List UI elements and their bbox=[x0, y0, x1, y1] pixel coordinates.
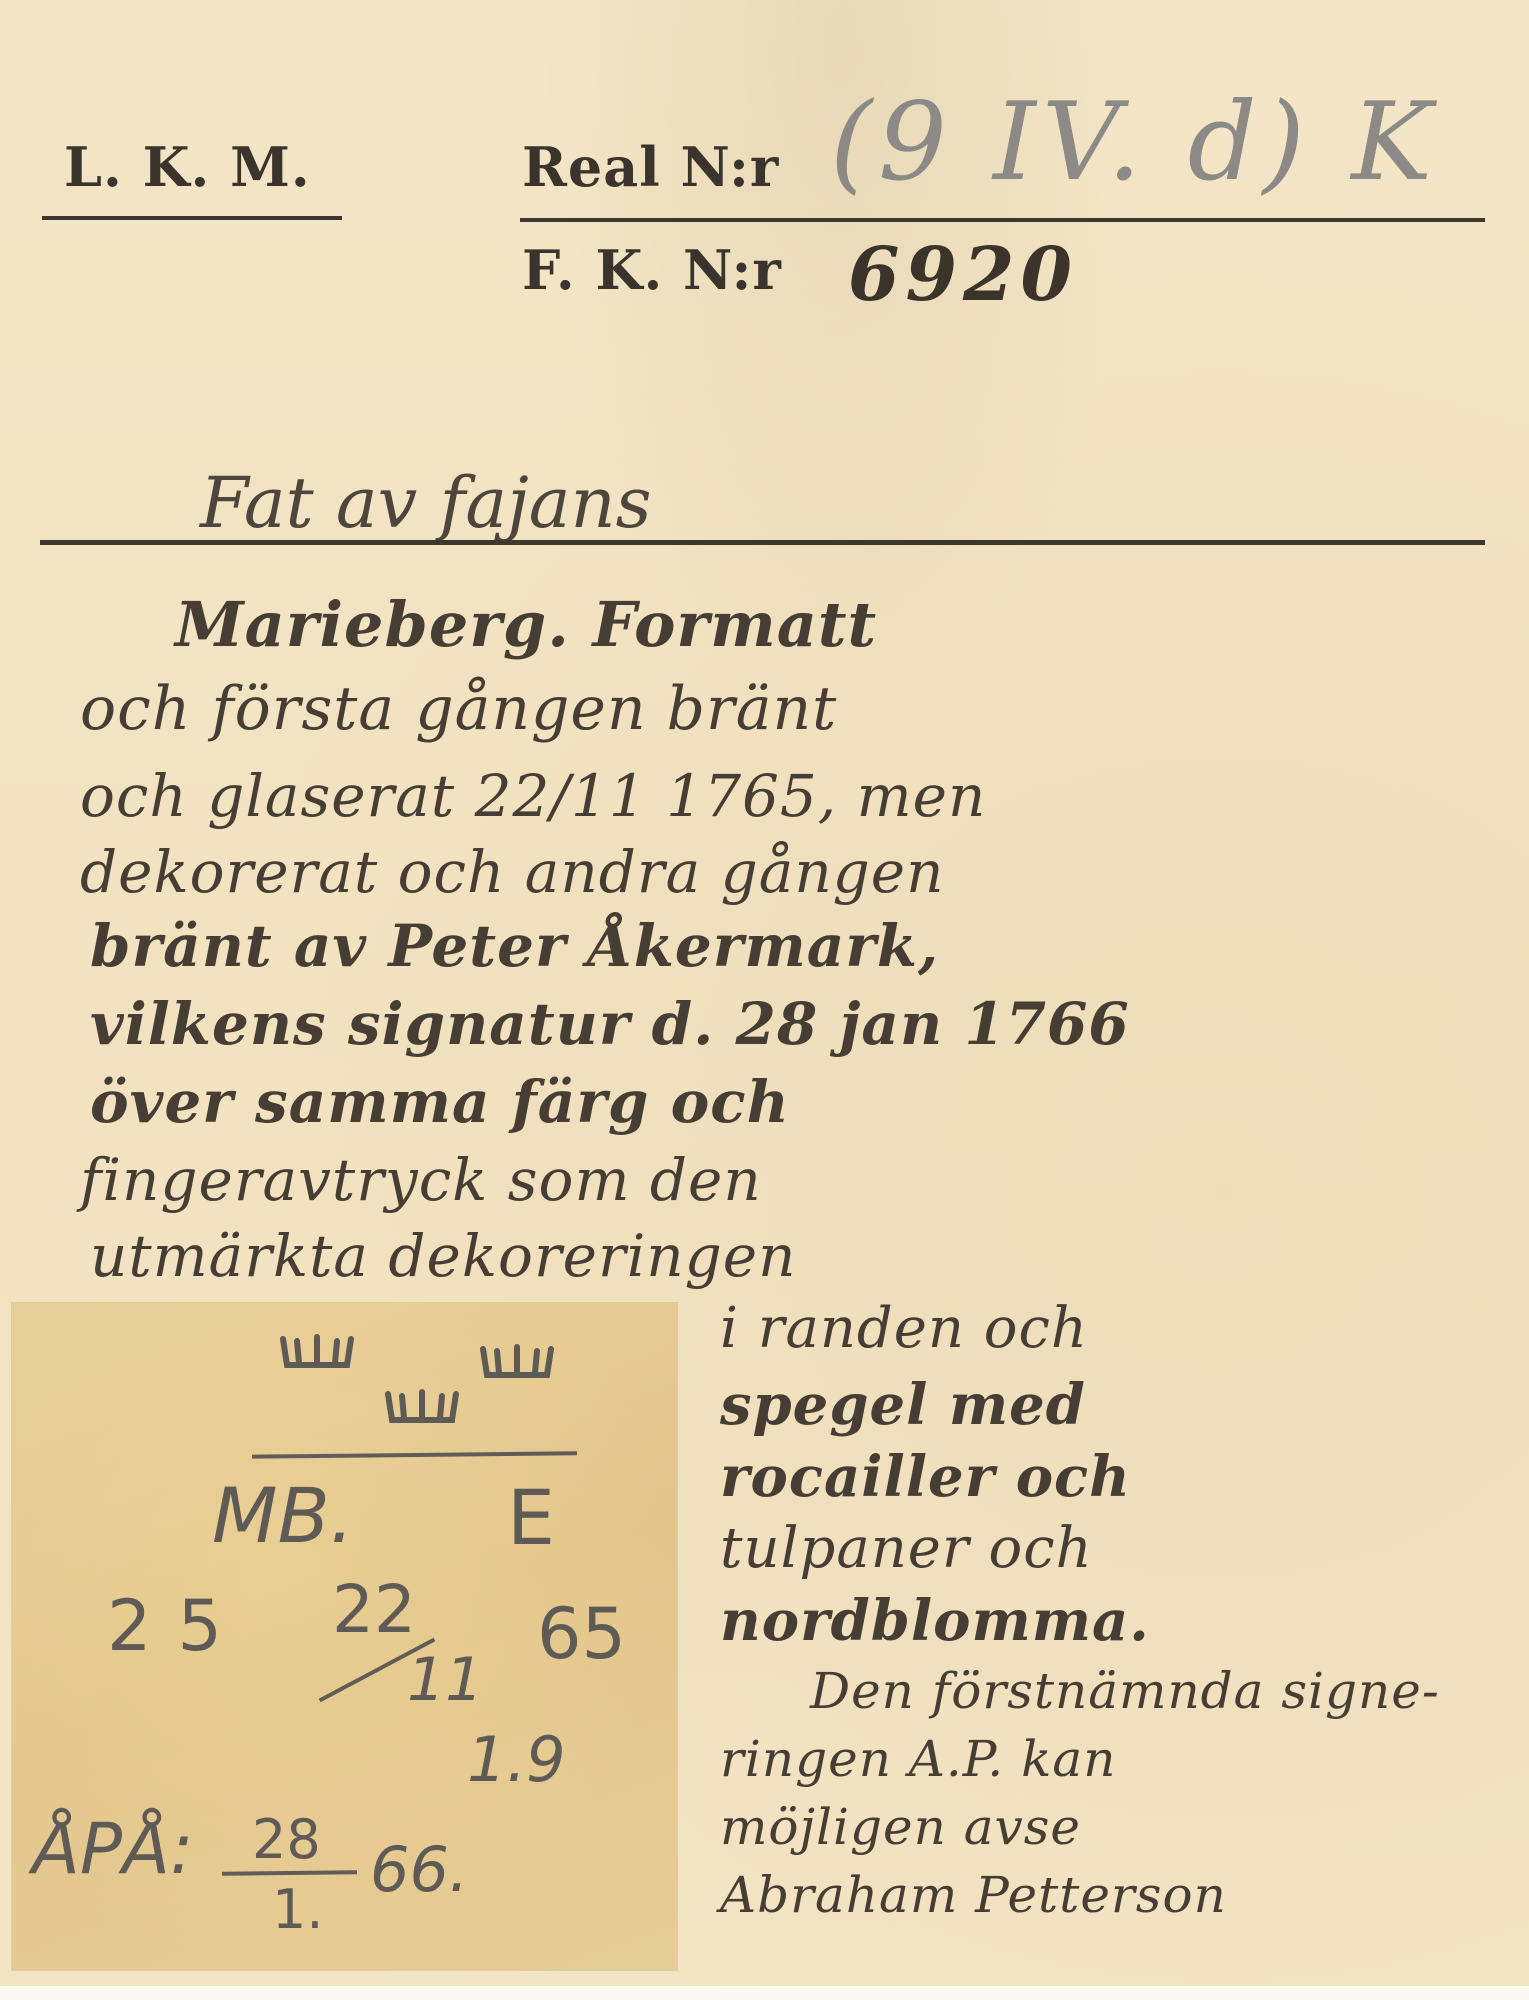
fk-nr-label: F. K. N:r bbox=[522, 238, 782, 302]
body-line-8: fingeravtryck som den bbox=[80, 1146, 762, 1214]
crown-icon bbox=[382, 1388, 462, 1428]
mark-signature: ÅPÅ: bbox=[32, 1808, 194, 1890]
pasted-mark-label: MB. E 25 22 11 65 1.9 ÅPÅ: 28 1. 66. bbox=[12, 1303, 677, 1970]
museum-abbreviation: L. K. M. bbox=[64, 135, 311, 199]
body-line-3: och glaserat 22/11 1765, men bbox=[80, 762, 986, 830]
label-rule bbox=[252, 1451, 577, 1458]
body-line-6: vilkens signatur d. 28 jan 1766 bbox=[90, 990, 1130, 1058]
title-rule bbox=[40, 540, 1485, 545]
body-line-17: möjligen avse bbox=[720, 1798, 1081, 1856]
mark-code: 1.9 bbox=[467, 1723, 566, 1796]
mark-number-left: 25 bbox=[107, 1585, 248, 1667]
real-nr-rule bbox=[520, 218, 1485, 222]
mark-monogram: MB. bbox=[212, 1471, 354, 1560]
body-line-5: bränt av Peter Åkermark, bbox=[90, 912, 939, 980]
real-nr-value: (9 IV. d) K bbox=[830, 80, 1438, 205]
catalog-card: L. K. M. Real N:r (9 IV. d) K F. K. N:r … bbox=[0, 0, 1529, 1986]
sig-fraction-rule bbox=[222, 1870, 357, 1875]
body-line-14: nordblomma. bbox=[720, 1588, 1150, 1654]
body-line-11: spegel med bbox=[720, 1372, 1086, 1438]
body-line-4: dekorerat och andra gången bbox=[80, 838, 944, 906]
body-line-7: över samma färg och bbox=[90, 1068, 790, 1136]
mark-year: 65 bbox=[537, 1593, 626, 1675]
object-title: Fat av fajans bbox=[200, 462, 652, 544]
real-nr-label: Real N:r bbox=[522, 135, 779, 199]
body-line-1: Marieberg. Formatt bbox=[175, 588, 877, 661]
mark-letter: E bbox=[507, 1473, 555, 1562]
museum-underline bbox=[42, 216, 342, 220]
scan-border bbox=[0, 1986, 1529, 2000]
mark-date-day: 22 bbox=[332, 1571, 416, 1648]
mark-date-month: 11 bbox=[407, 1645, 483, 1715]
body-line-9: utmärkta dekoreringen bbox=[90, 1222, 796, 1290]
body-line-18: Abraham Petterson bbox=[720, 1866, 1227, 1924]
crown-icon bbox=[477, 1343, 557, 1383]
mark-sig-year: 66. bbox=[370, 1833, 469, 1906]
body-line-13: tulpaner och bbox=[720, 1516, 1093, 1581]
body-line-12: rocailler och bbox=[720, 1444, 1131, 1510]
mark-sig-day: 28 bbox=[252, 1808, 321, 1871]
crown-icon bbox=[277, 1333, 357, 1373]
mark-sig-month: 1. bbox=[272, 1878, 324, 1941]
body-line-10: i randen och bbox=[720, 1296, 1088, 1361]
fk-nr-value: 6920 bbox=[848, 232, 1078, 318]
body-line-2: och första gången bränt bbox=[80, 674, 837, 744]
body-line-16: ringen A.P. kan bbox=[720, 1730, 1116, 1788]
body-line-15: Den förstnämnda signe- bbox=[810, 1662, 1440, 1720]
